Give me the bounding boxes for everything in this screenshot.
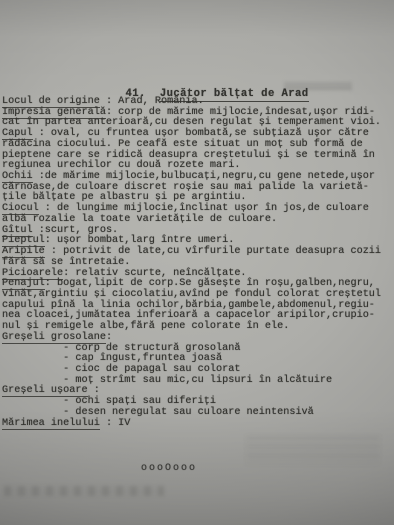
line-text: regiunea urechilor cu două rozete mari. xyxy=(2,160,240,171)
typewritten-page: 41.Jucător bălțat de Arad Locul de origi… xyxy=(0,0,394,525)
line-text: - desen neregulat sau culoare neintensiv… xyxy=(2,407,314,418)
photo-of-document: 41.Jucător bălțat de Arad Locul de origi… xyxy=(0,0,394,525)
line-text: : bogat,lipit de corp.Se găsește în roșu… xyxy=(45,278,375,289)
line-text: :scurt, gros. xyxy=(33,225,119,236)
text-line: Mărimea inelului : IV xyxy=(2,419,394,430)
line-text: : ușor bombat,larg între umeri. xyxy=(45,235,235,246)
line-text: cat în partea anterioară,cu desen regula… xyxy=(2,117,381,128)
line-text: : potrivit de late,cu vîrfurile purtate … xyxy=(45,246,381,257)
line-text: capului pînă la linia ochilor,bărbia,gam… xyxy=(2,300,375,311)
line-text: - ochi spați sau diferiți xyxy=(2,396,216,407)
text-line: - desen neregulat sau culoare neintensiv… xyxy=(2,408,394,419)
separator-ornament: oooOooo xyxy=(141,463,197,474)
line-text: rădăcina ciocului. Pe ceafă este situat … xyxy=(2,139,363,150)
document-body: Locul de origine : Arad, România.Impresi… xyxy=(2,97,394,429)
line-text: pieptene care se ridică deasupra creștet… xyxy=(2,150,375,161)
line-text: :de mărime mijlocie,bulbucați,negru,cu g… xyxy=(33,171,375,182)
line-text: : xyxy=(106,332,112,343)
line-text: : de lungime mijlocie,înclinat ușor în j… xyxy=(39,203,369,214)
line-text: : xyxy=(88,385,100,396)
line-text: - cioc de papagal sau colorat xyxy=(2,364,240,375)
line-text: fără să se întretaie. xyxy=(2,257,130,268)
line-text: : relativ scurte, neîncălțate. xyxy=(63,268,246,279)
line-text: : IV xyxy=(100,418,131,429)
line-text: albă rozalie la toate varietățile de cul… xyxy=(2,214,277,225)
line-text: : oval, cu fruntea ușor bombată,se subți… xyxy=(33,128,369,139)
line-text: nul și remigele albe,fără pene colorate … xyxy=(2,321,289,332)
line-text: - cap îngust,fruntea joasă xyxy=(2,353,222,364)
line-text: - corp de structură grosolană xyxy=(2,343,240,354)
line-text: nea cloacei,jumătatea inferioară a capac… xyxy=(2,310,375,321)
section-label: Mărimea inelului xyxy=(2,418,100,430)
line-text: : Arad, România. xyxy=(100,96,204,107)
line-text: țile bălțate pe albastru și pe argintiu. xyxy=(2,192,247,203)
line-text: vînăt,argintiu și ciocolatiu,avînd pe fo… xyxy=(2,289,381,300)
